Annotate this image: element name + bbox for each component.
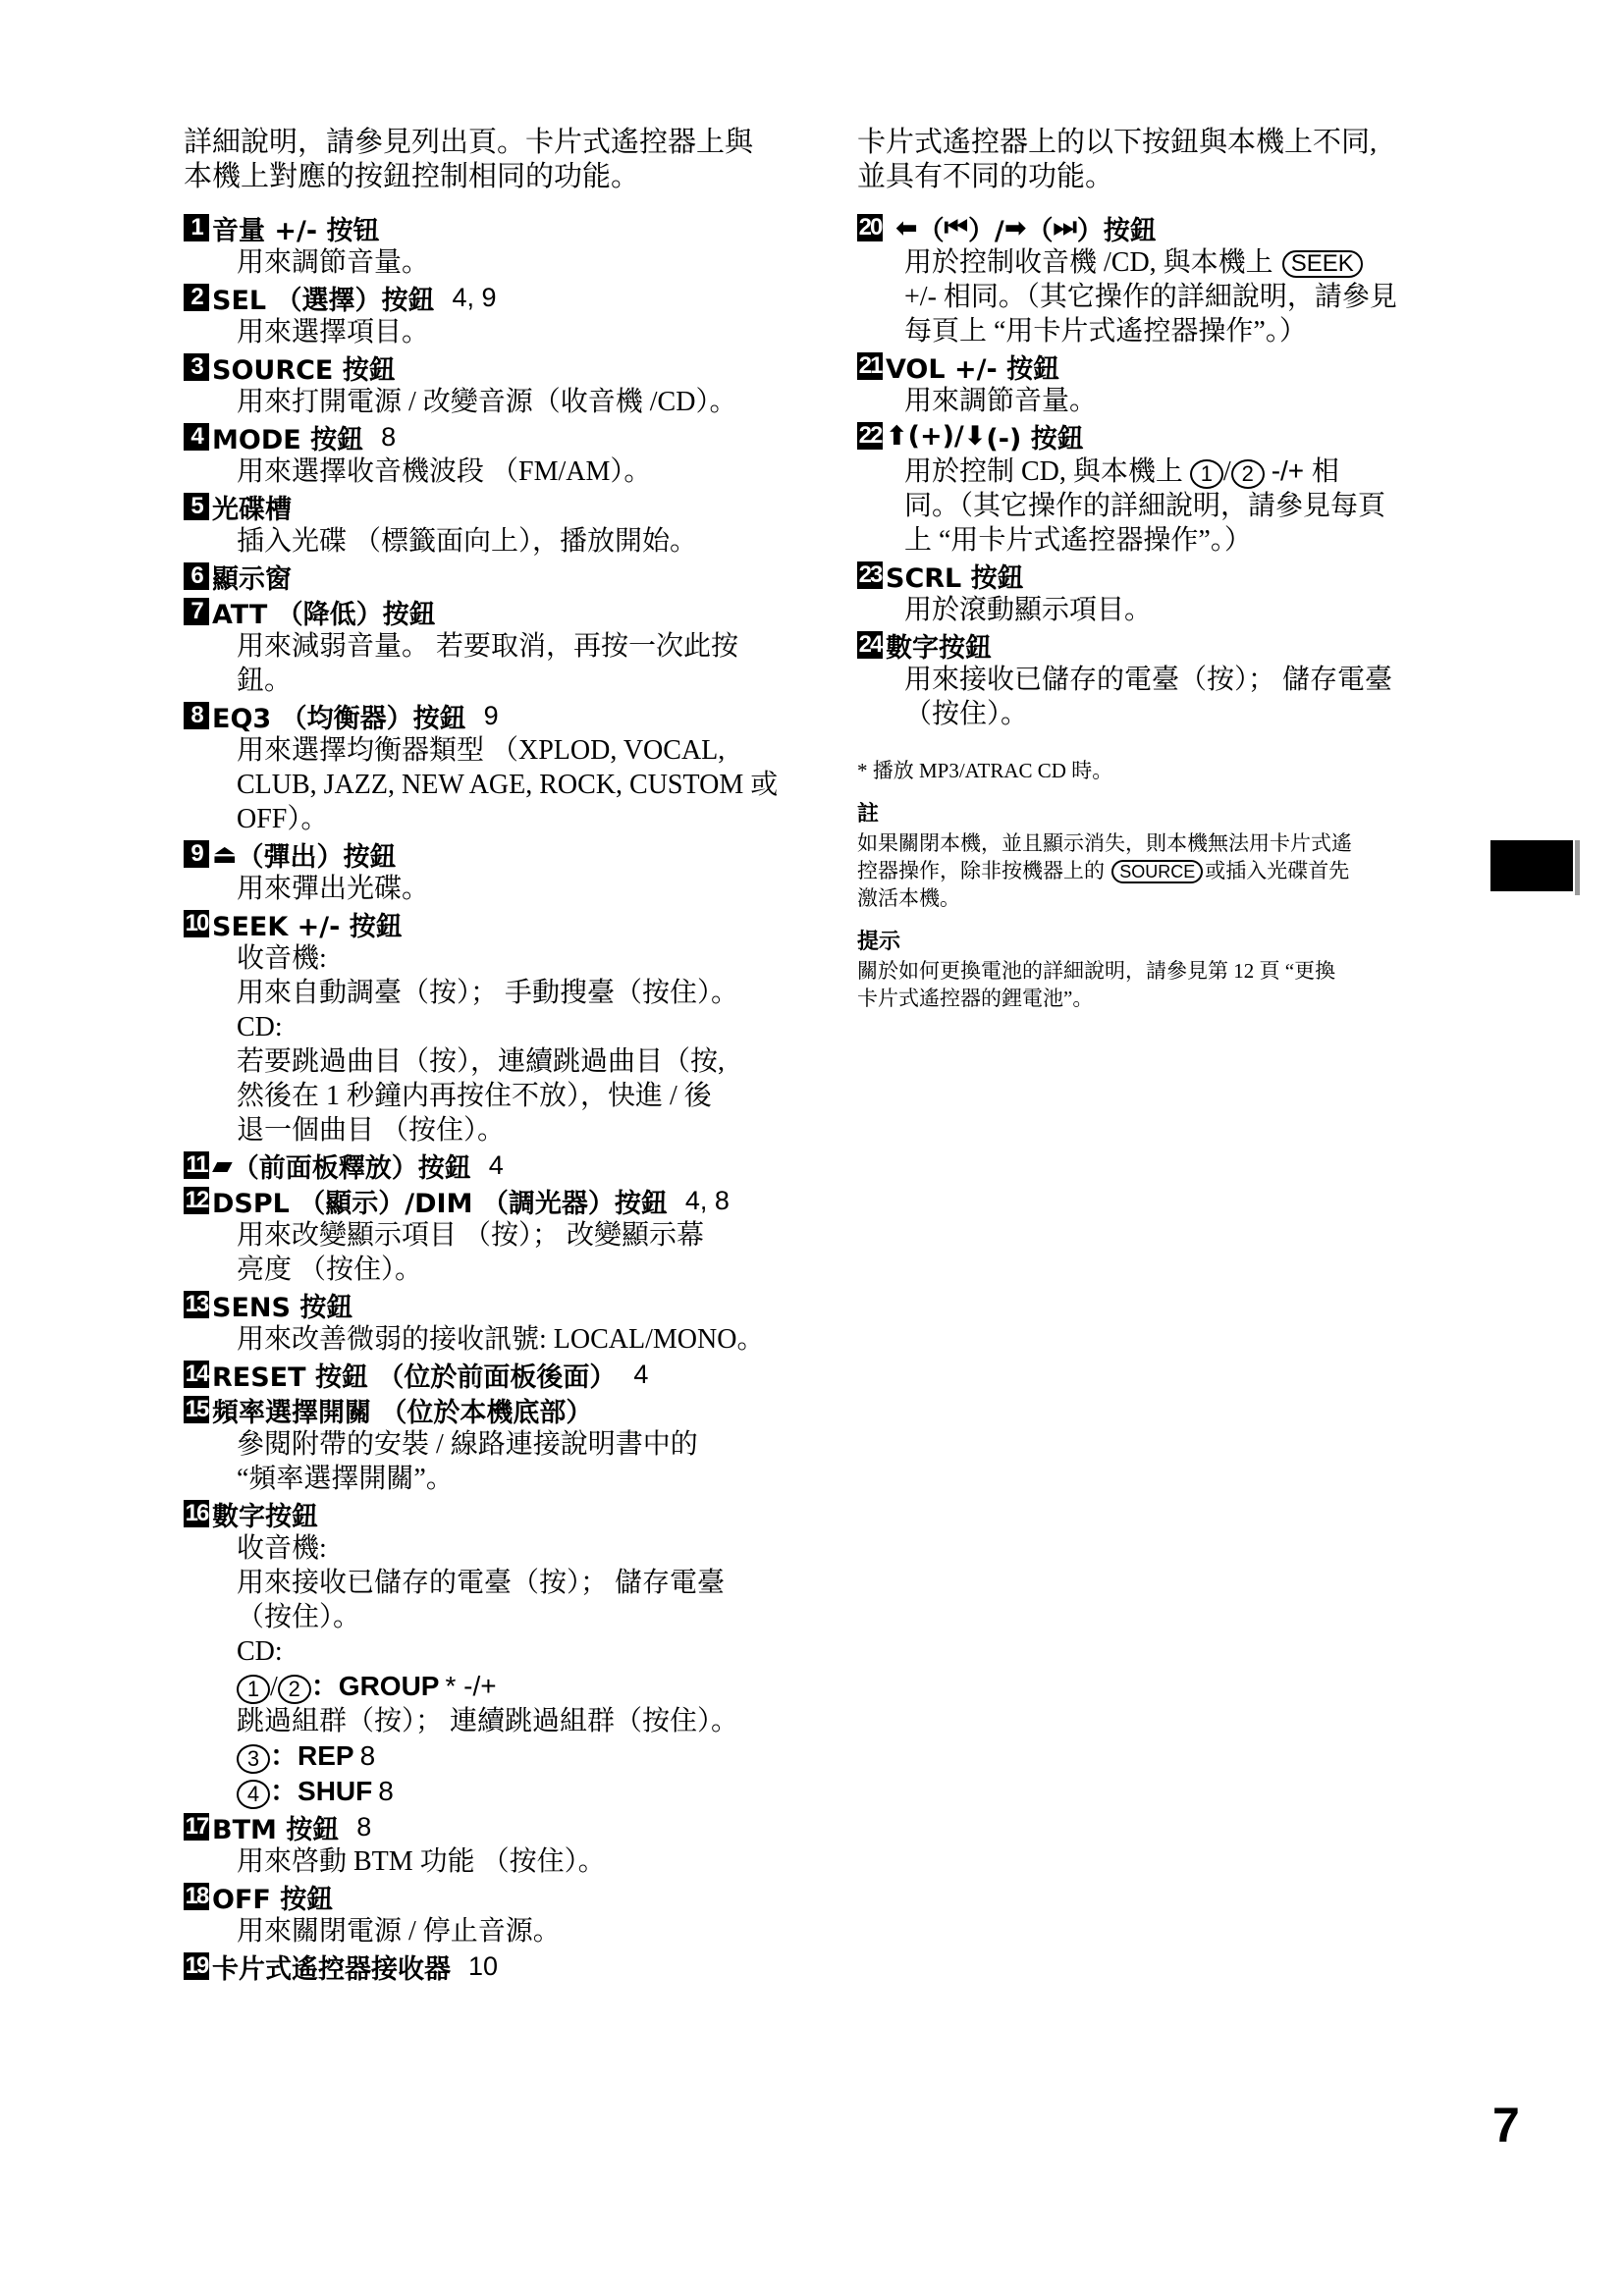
left-intro: 詳細說明，請參見列出頁。卡片式遙控器上與 本機上對應的按鈕控制相同的功能。 — [184, 126, 851, 194]
item-desc: 鈕。 — [237, 664, 851, 698]
tip-text: 卡片式遙控器的鋰電池”。 — [857, 985, 1505, 1012]
item-4: 4MODE 按鈕8用來選擇收音機波段 （FM/AM）。 — [184, 419, 851, 489]
item-19: 19卡片式遙控器接收器10 — [184, 1949, 851, 1984]
item-number-badge: 22 — [857, 422, 883, 450]
key-2-icon: 2 — [1231, 459, 1265, 489]
source-key-label: SOURCE — [1111, 860, 1203, 883]
item-6: 6顯示窗 — [184, 559, 851, 594]
item-desc: 用來選擇收音機波段 （FM/AM）。 — [237, 454, 851, 489]
item-desc: “頻率選擇開關”。 — [237, 1462, 851, 1496]
item-desc: 退一個曲目 （按住）。 — [237, 1113, 851, 1148]
item-number-badge: 20 — [857, 214, 883, 241]
item-heading: 18OFF 按鈕 — [184, 1879, 851, 1914]
item-heading: 11▰（前面板釋放）按鈕4 — [184, 1148, 851, 1183]
item-number-badge: 9 — [184, 840, 209, 868]
item-number-badge: 21 — [857, 352, 883, 380]
page-reference: 8 — [381, 422, 396, 453]
page-reference: 4, 9 — [453, 283, 497, 313]
item-desc: （按住）。 — [237, 1600, 851, 1634]
paren: （ — [918, 209, 945, 247]
item-desc: 亮度 （按住）。 — [237, 1253, 851, 1287]
item-title: 數字按鈕 — [886, 626, 992, 665]
key-function-label: GROUP — [339, 1671, 440, 1701]
item-1: 1音量 +/- 按钮用來調節音量。 — [184, 210, 851, 280]
item-title: VOL +/- 按鈕 — [886, 347, 1059, 386]
item-desc: 每頁上 “用卡片式遙控器操作”。） — [904, 314, 1505, 348]
key-1-icon: 1 — [1190, 459, 1223, 489]
item-title: 光碟槽 — [212, 488, 292, 526]
item-heading: 21 VOL +/- 按鈕 — [857, 348, 1505, 384]
key-2-icon: 2 — [278, 1675, 311, 1704]
page-reference: 9 — [484, 701, 499, 731]
item-title: SEL （選擇）按鈕 — [212, 279, 435, 317]
item-title: RESET 按鈕 （位於前面板後面） — [212, 1356, 616, 1394]
item-number-badge: 18 — [184, 1883, 209, 1910]
item-desc: 收音機: — [237, 1531, 851, 1566]
page-reference: 4 — [633, 1360, 648, 1390]
item-13: 13SENS 按鈕用來改善微弱的接收訊號: LOCAL/MONO。 — [184, 1287, 851, 1357]
key-function-label: SHUF — [298, 1776, 372, 1806]
item-desc: 用來減弱音量。 若要取消，再按一次此按 — [237, 629, 851, 664]
item-heading: 23 SCRL 按鈕 — [857, 558, 1505, 593]
prev-track-icon: ⏮ — [945, 212, 968, 243]
item-heading: 15頻率選擇開關 （位於本機底部） — [184, 1392, 851, 1427]
note-text: 控器操作，除非按機器上的 SOURCE或插入光碟首先 — [857, 857, 1505, 884]
item-desc: 用來選擇項目。 — [237, 315, 851, 349]
item-desc: 用來彈出光碟。 — [237, 872, 851, 906]
item-heading: 19卡片式遙控器接收器10 — [184, 1949, 851, 1984]
tip-heading: 提示 — [857, 928, 1505, 957]
item-heading: 20 ⬅ （⏮）/➡（⏭） 按鈕 — [857, 210, 1505, 245]
tip-text: 關於如何更換電池的詳細說明，請參見第 12 頁 “更換 — [857, 957, 1505, 985]
page-reference: 8 — [356, 1812, 371, 1842]
item-23: 23 SCRL 按鈕 用於滾動顯示項目。 — [857, 558, 1505, 627]
item-title: SEEK +/- 按鈕 — [212, 905, 403, 943]
item-title: (-) 按鈕 — [986, 417, 1083, 455]
item-15: 15頻率選擇開關 （位於本機底部）參閱附帶的安裝 / 線路連接說明書中的“頻率選… — [184, 1392, 851, 1496]
section-tab-edge — [1575, 840, 1580, 895]
cd-key-row: 跳過組群（按）； 連續跳過組群（按住）。 — [237, 1704, 851, 1738]
item-title: 按鈕 — [1104, 209, 1157, 247]
item-desc: 用來啓動 BTM 功能 （按住）。 — [237, 1844, 851, 1879]
item-heading: 17BTM 按鈕8 — [184, 1809, 851, 1844]
item-2: 2SEL （選擇）按鈕4, 9用來選擇項目。 — [184, 280, 851, 349]
item-3: 3SOURCE 按鈕用來打開電源 / 改變音源（收音機 /CD）。 — [184, 349, 851, 419]
right-column: 卡片式遙控器上的以下按鈕與本機上不同, 並具有不同的功能。 20 ⬅ （⏮）/➡… — [857, 126, 1505, 1012]
item-7: 7ATT （降低）按鈕用來減弱音量。 若要取消，再按一次此按鈕。 — [184, 594, 851, 698]
item-title: SCRL 按鈕 — [886, 557, 1024, 595]
item-heading: 22 ⬆ (+)/ ⬇ (-) 按鈕 — [857, 418, 1505, 454]
item-20: 20 ⬅ （⏮）/➡（⏭） 按鈕 用於控制收音機 /CD, 與本機上 SEEK … — [857, 210, 1505, 348]
desc-text: -/+ 相 — [1272, 455, 1339, 486]
item-desc: 插入光碟 （標籤面向上），播放開始。 — [237, 524, 851, 559]
item-heading: 14RESET 按鈕 （位於前面板後面）4 — [184, 1357, 851, 1392]
item-desc: 用來接收已儲存的電臺（按）； 儲存電臺 — [904, 663, 1505, 697]
arrow-right-icon: ➡ — [1004, 213, 1027, 243]
item-title: （彈出）按鈕 — [238, 835, 397, 874]
item-number-badge: 16 — [184, 1500, 209, 1527]
item-heading: 10SEEK +/- 按鈕 — [184, 906, 851, 941]
item-number-badge: 8 — [184, 702, 209, 729]
right-intro: 卡片式遙控器上的以下按鈕與本機上不同, 並具有不同的功能。 — [857, 126, 1505, 194]
item-desc: 若要跳過曲目（按），連續跳過曲目（按, — [237, 1044, 851, 1079]
item-8: 8EQ3 （均衡器）按鈕9用來選擇均衡器類型 （XPLOD, VOCAL,CLU… — [184, 698, 851, 836]
seek-key-label: SEEK — [1282, 250, 1363, 278]
item-number-badge: 13 — [184, 1291, 209, 1318]
item-number-badge: 15 — [184, 1396, 209, 1423]
footnote: * 播放 MP3/ATRAC CD 時。 — [857, 757, 1505, 784]
note-heading: 註 — [857, 800, 1505, 829]
note-text: 激活本機。 — [857, 884, 1505, 912]
item-desc: 用來接收已儲存的電臺（按）； 儲存電臺 — [237, 1566, 851, 1600]
item-desc: 收音機: — [237, 941, 851, 976]
item-11: 11▰（前面板釋放）按鈕4 — [184, 1148, 851, 1183]
item-heading: 12DSPL （顯示）/DIM （調光器）按鈕4, 8 — [184, 1183, 851, 1218]
desc-text: 用於控制收音機 /CD, 與本機上 — [904, 247, 1273, 278]
item-heading: 6顯示窗 — [184, 559, 851, 594]
page-reference: 10 — [468, 1951, 498, 1982]
separator: ： — [270, 1740, 298, 1771]
item-heading: 9⏏（彈出）按鈕 — [184, 836, 851, 872]
item-number-badge: 7 — [184, 598, 209, 625]
item-title: (+)/ — [908, 421, 964, 452]
left-item-list: 1音量 +/- 按钮用來調節音量。2SEL （選擇）按鈕4, 9用來選擇項目。3… — [184, 210, 851, 1984]
page-reference: 4 — [489, 1150, 504, 1181]
item-16: 16數字按鈕收音機:用來接收已儲存的電臺（按）； 儲存電臺（按住）。CD:1/2… — [184, 1496, 851, 1809]
key-3-icon: 3 — [237, 1744, 270, 1774]
item-desc: +/- 相同。（其它操作的詳細說明，請參見 — [904, 280, 1505, 314]
item-number-badge: 6 — [184, 562, 209, 590]
separator: / — [270, 1672, 278, 1702]
item-number-badge: 5 — [184, 493, 209, 520]
item-desc: 參閱附帶的安裝 / 線路連接說明書中的 — [237, 1427, 851, 1462]
item-desc: 同。（其它操作的詳細說明，請參見每頁 — [904, 489, 1505, 523]
item-5: 5光碟槽插入光碟 （標籤面向上），播放開始。 — [184, 489, 851, 559]
item-number-badge: 10 — [184, 910, 209, 937]
item-desc: 用來調節音量。 — [904, 384, 1505, 418]
item-desc: 用來改變顯示項目 （按）； 改變顯示幕 — [237, 1218, 851, 1253]
item-desc: 用來調節音量。 — [237, 245, 851, 280]
cd-key-row: 1/2：GROUP* -/+ — [237, 1669, 851, 1704]
paren: ） — [1077, 209, 1104, 247]
item-heading: 2SEL （選擇）按鈕4, 9 — [184, 280, 851, 315]
item-desc: 用來選擇均衡器類型 （XPLOD, VOCAL, — [237, 733, 851, 768]
item-title: 數字按鈕 — [212, 1495, 318, 1533]
item-title: 音量 +/- 按钮 — [212, 209, 380, 247]
arrow-up-icon: ⬆ — [886, 421, 908, 452]
item-title: EQ3 （均衡器）按鈕 — [212, 697, 466, 735]
item-title: BTM 按鈕 — [212, 1808, 339, 1846]
note-text: 如果關閉本機，並且顯示消失，則本機無法用卡片式遙 — [857, 829, 1505, 857]
item-heading: 3SOURCE 按鈕 — [184, 349, 851, 385]
item-desc: 然後在 1 秒鐘内再按住不放），快進 / 後 — [237, 1079, 851, 1113]
item-title: SENS 按鈕 — [212, 1286, 352, 1324]
item-22: 22 ⬆ (+)/ ⬇ (-) 按鈕 用於控制 CD, 與本機上 1/2 -/+… — [857, 418, 1505, 558]
item-desc: 上 “用卡片式遙控器操作”。） — [904, 523, 1505, 558]
item-heading: 13SENS 按鈕 — [184, 1287, 851, 1322]
intro-line: 並具有不同的功能。 — [857, 160, 1505, 194]
item-heading: 4MODE 按鈕8 — [184, 419, 851, 454]
item-desc: CD: — [237, 1010, 851, 1044]
item-desc: 用於控制收音機 /CD, 與本機上 SEEK — [904, 245, 1505, 280]
item-title: 顯示窗 — [212, 558, 292, 596]
item-title: SOURCE 按鈕 — [212, 348, 396, 387]
item-desc: 用於控制 CD, 與本機上 1/2 -/+ 相 — [904, 454, 1505, 489]
item-24: 24 數字按鈕 用來接收已儲存的電臺（按）； 儲存電臺 （按住）。 — [857, 627, 1505, 731]
item-desc: 用於滾動顯示項目。 — [904, 593, 1505, 627]
item-title: （前面板釋放）按鈕 — [233, 1147, 471, 1185]
item-14: 14RESET 按鈕 （位於前面板後面）4 — [184, 1357, 851, 1392]
key-function-suffix: 8 — [360, 1740, 376, 1771]
desc-text: 用於控制 CD, 與本機上 — [904, 456, 1183, 487]
item-title: DSPL （顯示）/DIM （調光器）按鈕 — [212, 1182, 668, 1220]
item-number-badge: 23 — [857, 561, 883, 589]
item-title: OFF 按鈕 — [212, 1878, 333, 1916]
item-21: 21 VOL +/- 按鈕 用來調節音量。 — [857, 348, 1505, 418]
item-9: 9⏏（彈出）按鈕用來彈出光碟。 — [184, 836, 851, 906]
item-number-badge: 12 — [184, 1187, 209, 1214]
note-text-part: 或插入光碟首先 — [1205, 859, 1349, 882]
arrow-down-icon: ⬇ — [964, 421, 987, 452]
arrow-left-icon: ⬅ — [895, 213, 918, 243]
item-number-badge: 14 — [184, 1361, 209, 1388]
item-desc: CD: — [237, 1634, 851, 1669]
item-18: 18OFF 按鈕用來關閉電源 / 停止音源。 — [184, 1879, 851, 1949]
note-text-part: 控器操作，除非按機器上的 — [857, 859, 1105, 882]
paren: （ — [1026, 209, 1053, 247]
eject-icon: ⏏ — [212, 839, 238, 870]
separator: ： — [311, 1671, 339, 1701]
item-number-badge: 24 — [857, 631, 883, 659]
item-heading: 7ATT （降低）按鈕 — [184, 594, 851, 629]
item-number-badge: 19 — [184, 1952, 209, 1980]
left-column: 詳細說明，請參見列出頁。卡片式遙控器上與 本機上對應的按鈕控制相同的功能。 1音… — [184, 126, 851, 1984]
page-reference: 4, 8 — [685, 1186, 730, 1216]
item-heading: 1音量 +/- 按钮 — [184, 210, 851, 245]
item-12: 12DSPL （顯示）/DIM （調光器）按鈕4, 8用來改變顯示項目 （按）；… — [184, 1183, 851, 1287]
item-title: 頻率選擇開關 （位於本機底部） — [212, 1391, 592, 1429]
item-number-badge: 4 — [184, 423, 209, 451]
item-title: MODE 按鈕 — [212, 418, 363, 456]
page-number: 7 — [1492, 2097, 1520, 2154]
key-function-label: REP — [298, 1740, 354, 1771]
intro-line: 卡片式遙控器上的以下按鈕與本機上不同, — [857, 126, 1505, 160]
key-4-icon: 4 — [237, 1780, 270, 1809]
separator: ： — [270, 1776, 298, 1806]
item-10: 10SEEK +/- 按鈕收音機:用來自動調臺（按）； 手動搜臺（按住）。CD:… — [184, 906, 851, 1148]
item-desc: 用來關閉電源 / 停止音源。 — [237, 1914, 851, 1949]
item-desc: 用來自動調臺（按）； 手動搜臺（按住）。 — [237, 976, 851, 1010]
item-17: 17BTM 按鈕8用來啓動 BTM 功能 （按住）。 — [184, 1809, 851, 1879]
intro-line: 本機上對應的按鈕控制相同的功能。 — [184, 160, 851, 194]
item-number-badge: 3 — [184, 353, 209, 381]
key-1-icon: 1 — [237, 1675, 270, 1704]
item-number-badge: 17 — [184, 1813, 209, 1841]
release-icon: ▰ — [212, 1150, 233, 1181]
item-title: ATT （降低）按鈕 — [212, 593, 436, 631]
item-number-badge: 2 — [184, 284, 209, 311]
section-tab-marker — [1490, 840, 1573, 891]
item-number-badge: 11 — [184, 1151, 209, 1179]
item-heading: 24 數字按鈕 — [857, 627, 1505, 663]
item-desc: 用來改善微弱的接收訊號: LOCAL/MONO。 — [237, 1322, 851, 1357]
intro-line: 詳細說明，請參見列出頁。卡片式遙控器上與 — [184, 126, 851, 160]
item-number-badge: 1 — [184, 214, 209, 241]
item-heading: 5光碟槽 — [184, 489, 851, 524]
next-track-icon: ⏭ — [1053, 212, 1076, 243]
item-desc: （按住）。 — [904, 697, 1505, 731]
item-desc: OFF）。 — [237, 802, 851, 836]
cd-key-row: 3：REP8 — [237, 1738, 851, 1774]
key-function-suffix: * -/+ — [445, 1671, 496, 1701]
item-heading: 8EQ3 （均衡器）按鈕9 — [184, 698, 851, 733]
paren: ）/ — [968, 209, 1004, 247]
item-heading: 16數字按鈕 — [184, 1496, 851, 1531]
item-desc: CLUB, JAZZ, NEW AGE, ROCK, CUSTOM 或 — [237, 768, 851, 802]
item-desc: 用來打開電源 / 改變音源（收音機 /CD）。 — [237, 385, 851, 419]
key-function-suffix: 8 — [378, 1776, 394, 1806]
cd-key-row: 4：SHUF8 — [237, 1774, 851, 1809]
item-title: 卡片式遙控器接收器 — [212, 1948, 451, 1986]
